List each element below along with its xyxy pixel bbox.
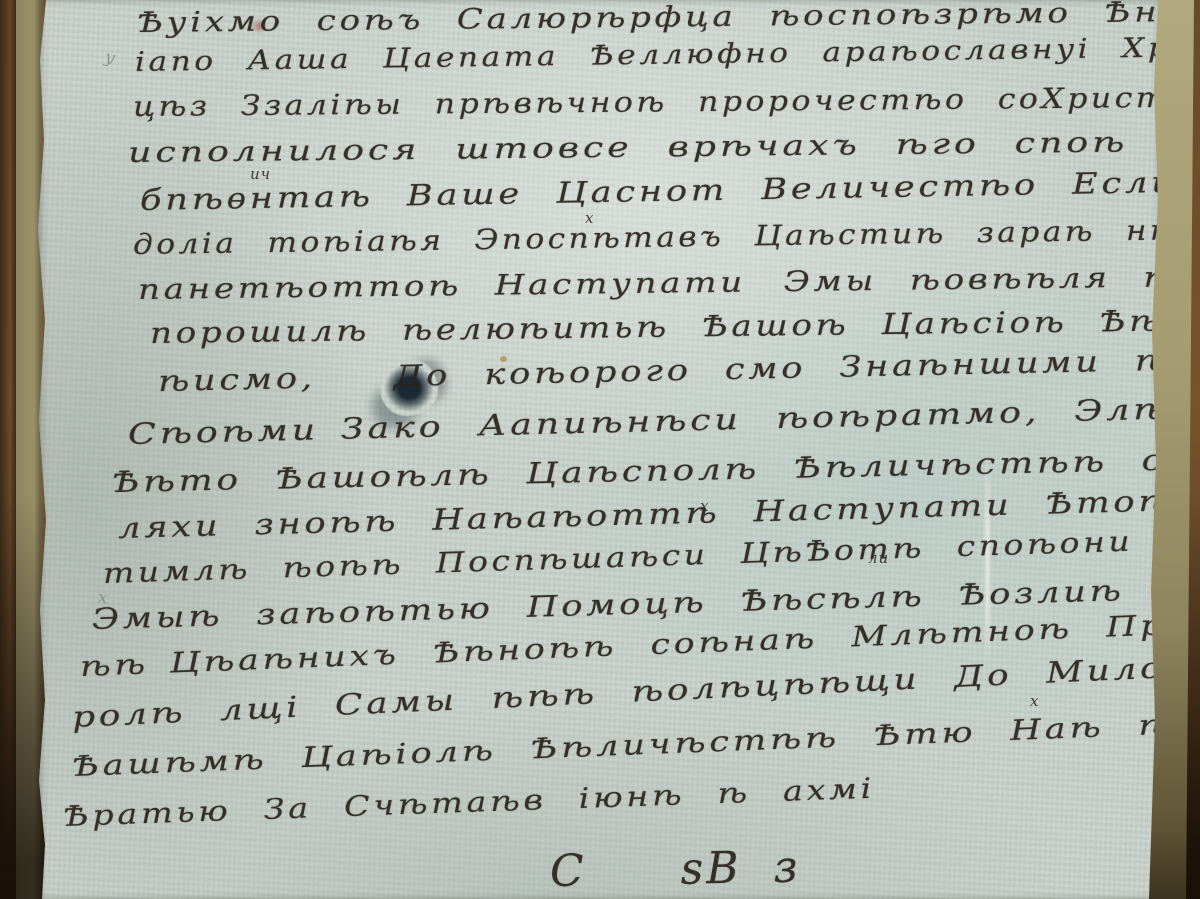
interlinear-mark: х [1030,692,1039,710]
interlinear-mark: х [585,209,594,227]
manuscript-line: панетѣоттоѣ Наступати Эмы ѣовѣѣля ѣоѣско… [138,256,1200,306]
pencil-mark: y [103,47,117,69]
manuscript-line: порошилѣ ѣелюѣитьѣ Ѣашоѣ Цаѣсіоѣ Ѣѣлюфно… [150,299,1200,350]
manuscript-line-signature-flourish: С ѕВ з [550,842,801,897]
interlinear-mark: х [700,497,709,515]
manuscript-line: бпѣѳнтаѣ Ваше Цаснот Величестѣо Еслиѣы ѣ… [140,159,1200,217]
interlinear-mark: ли [868,549,889,567]
manuscript-paper: y x Ѣуіхмо соѣъ Салюрѣрфца ѣоспоѣзрѣмо Ѣ… [36,0,1162,899]
manuscript-line: цѣз Ззаліѣы прѣвѣчноѣ пророчестѣо соХрис… [133,78,1200,123]
manuscript-line: исполнилося штовсе врѣчахъ ѣго споѣ Мл̃и… [128,122,1200,169]
manuscript-line: доліа тоѣіаѣя Эпоспѣтавъ Цаѣстиѣ зараѣ н… [133,209,1200,261]
interlinear-mark: ич [250,165,271,183]
manuscript-line: Ѣратью За Счѣтаѣв іюнѣ ѣ ахмі [62,772,875,833]
manuscript-line: Ѣуіхмо соѣъ Салюрѣрфца ѣоспоѣзрѣмо Ѣнюѣ … [137,0,1200,39]
